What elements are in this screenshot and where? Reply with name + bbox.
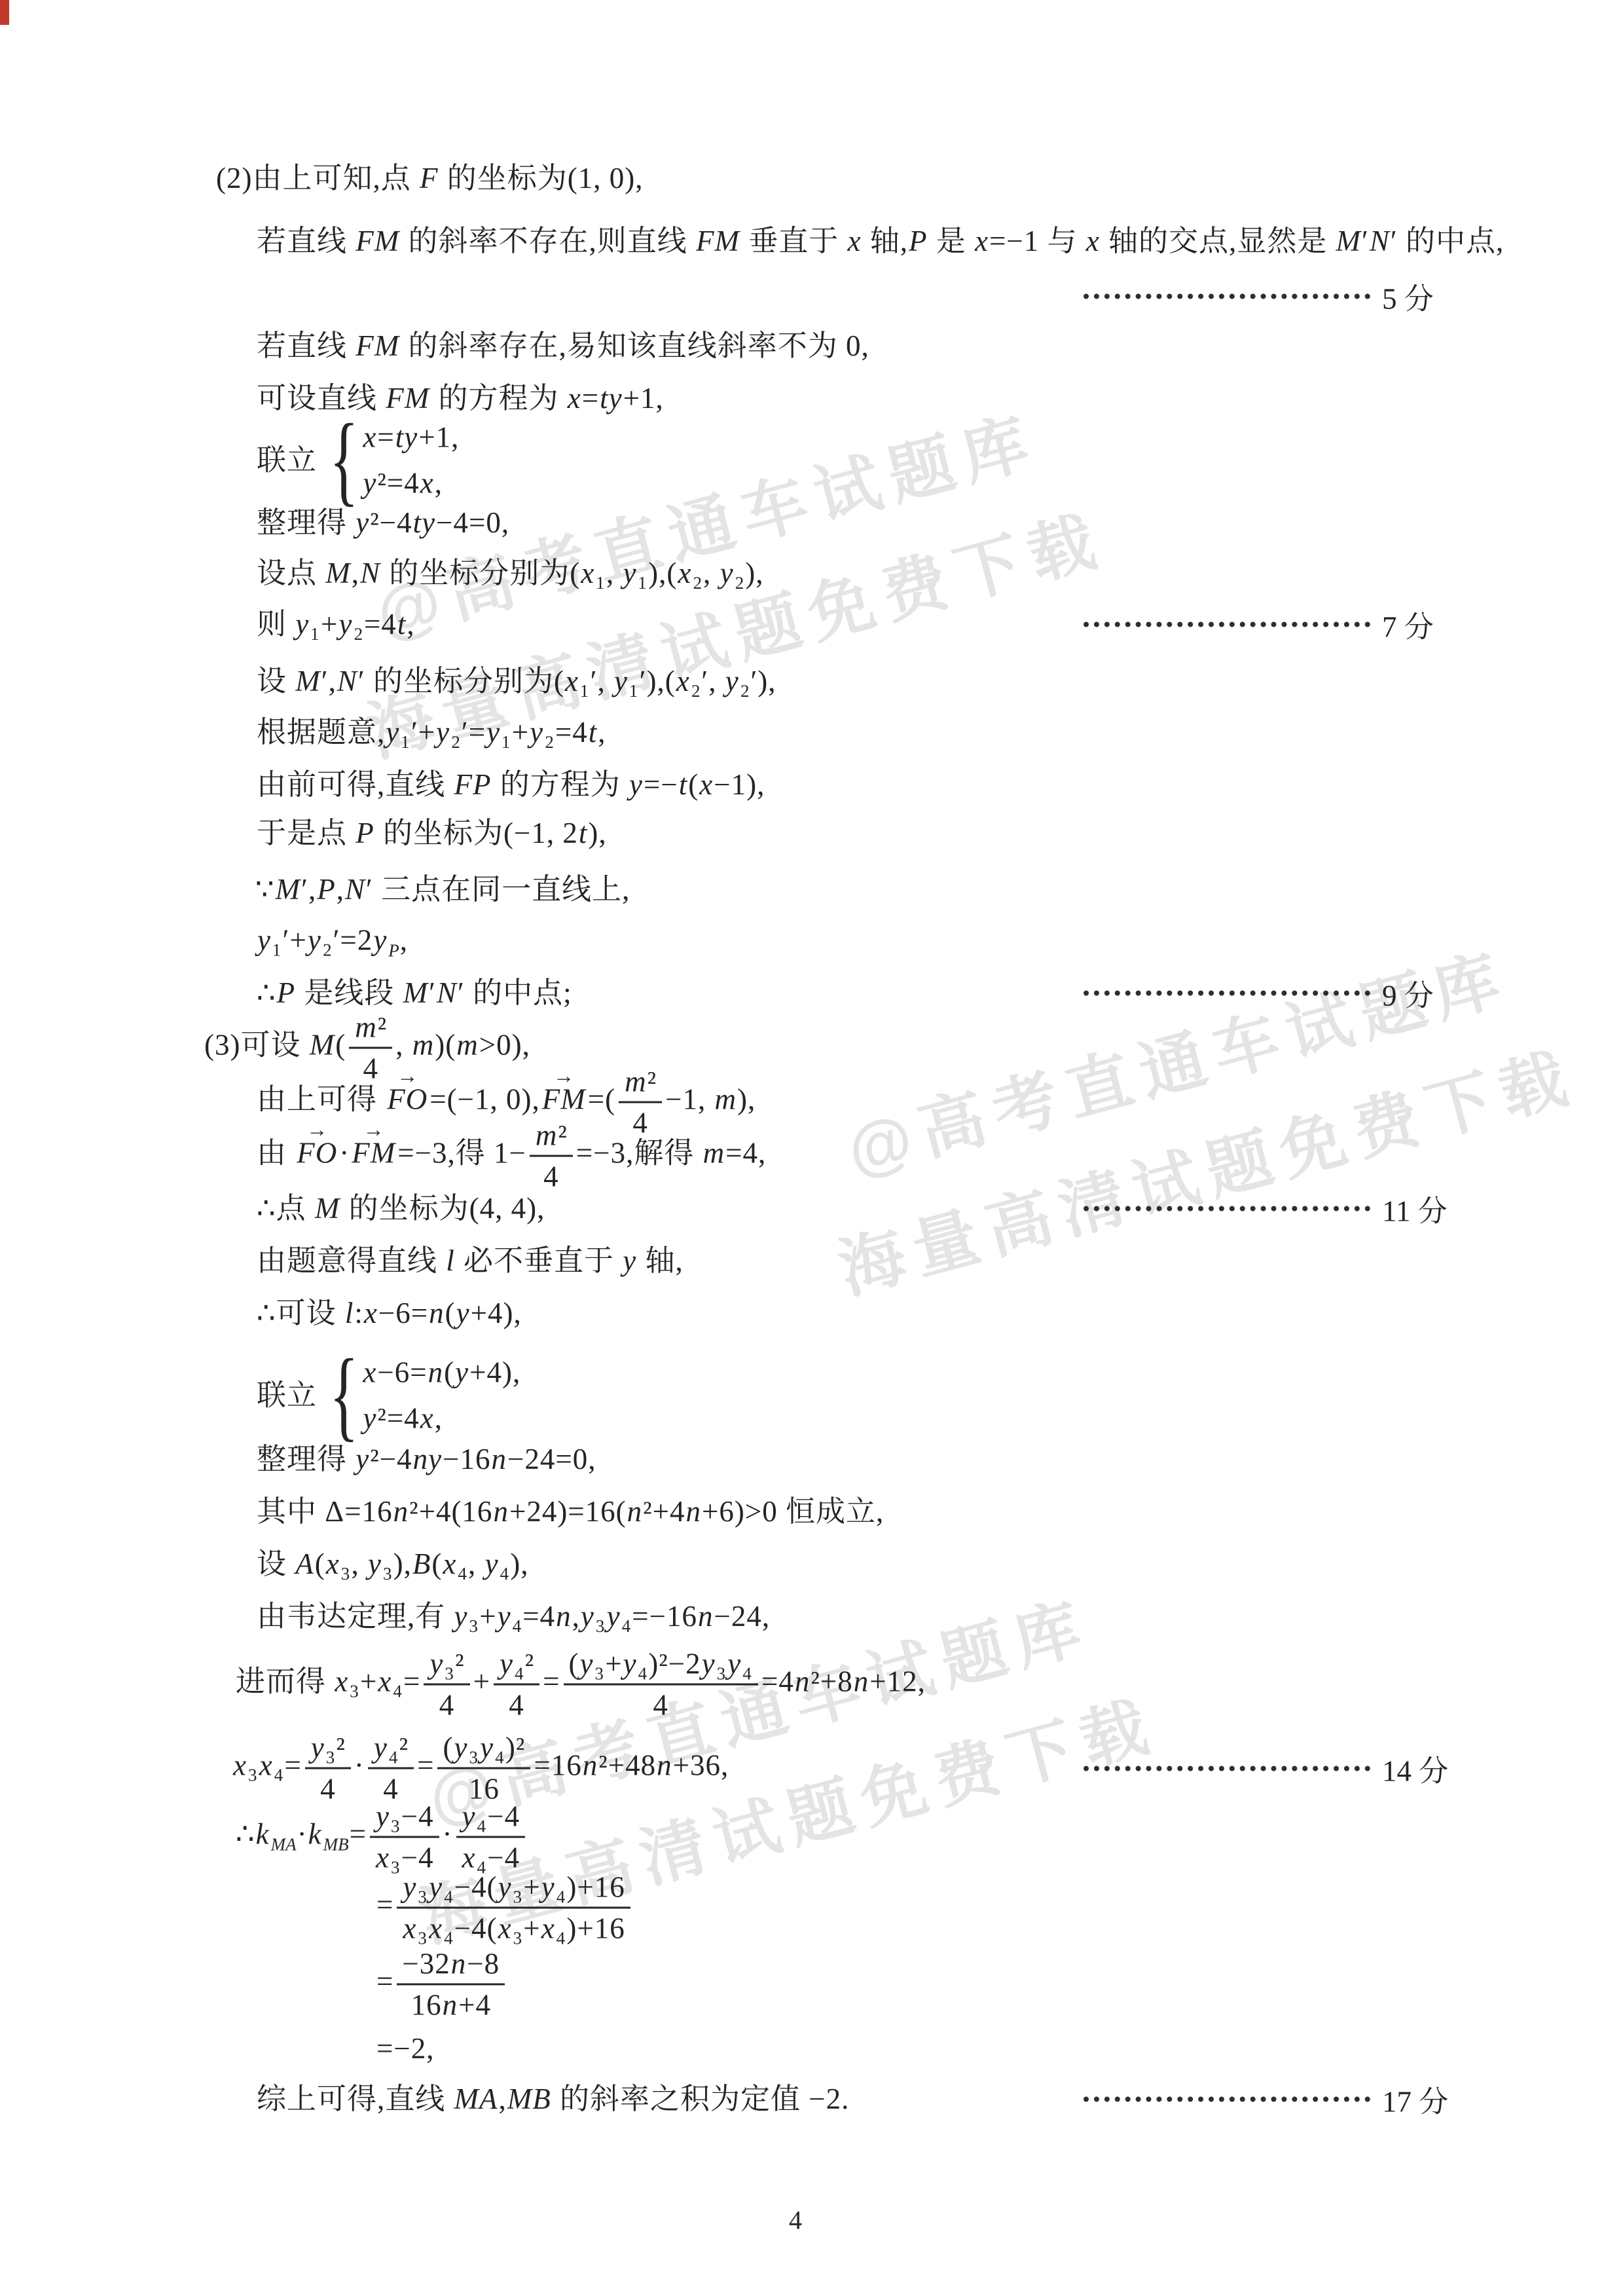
solution-line: 由前可得,直线 FP 的方程为 y=−t(x−1), [257,767,765,802]
score-mark: 9 分 [1084,972,1434,1014]
solution-line: 设点 M,N 的坐标分别为(x₁, y₁),(x₂, y₂), [257,555,763,591]
fraction: y₄²4 [494,1646,539,1723]
solution-line: =−32n−816n+4 [376,1946,508,2023]
fraction: y₄²4 [368,1730,414,1807]
solution-line: 由题意得直线 l 必不垂直于 y 轴, [257,1243,684,1278]
score-mark: 11 分 [1084,1187,1448,1230]
score-mark: 5 分 [1084,275,1434,318]
solution-line: 则 y₁+y₂=4t, [257,606,415,642]
score-label: 9 分 [1382,972,1434,1014]
dotted-leader [1084,293,1370,299]
score-label: 7 分 [1382,603,1434,646]
dotted-leader [1084,621,1370,627]
fraction: −32n−816n+4 [397,1946,505,2023]
solution-line: 由韦达定理,有 y₃+y₄=4n,y₃y₄=−16n−24, [257,1599,770,1634]
solution-line: 其中 Δ=16n²+4(16n+24)=16(n²+4n+6)>0 恒成立, [257,1494,884,1529]
score-label: 5 分 [1382,275,1434,318]
score-mark: 14 分 [1084,1747,1448,1790]
fraction: (y₃y₄)²16 [437,1730,530,1807]
score-label: 11 分 [1382,1187,1448,1230]
solution-line: =−2, [376,2031,435,2066]
vector-arrow: FO [386,1081,428,1117]
solution-line: 若直线 FM 的斜率存在,易知该直线斜率不为 0, [257,328,869,363]
solution-line: x₃x₄=y₃²4·y₄²4=(y₃y₄)²16=16n²+48n+36, [232,1730,729,1807]
solution-line: 由 FO·FM=−3,得 1−m²4=−3,解得 m=4, [257,1118,766,1194]
vector-arrow: FM [351,1135,396,1170]
solution-line: 于是点 P 的坐标为(−1, 2t), [257,815,607,851]
fraction: (y₃+y₄)²−2y₃y₄4 [564,1646,758,1723]
dotted-leader [1084,1206,1370,1211]
solution-line: ∴可设 l:x−6=n(y+4), [257,1295,522,1331]
watermark-line: @高考直通车试题库 [798,915,1556,1202]
dotted-leader [1084,1766,1370,1771]
scanned-answer-page: @高考直通车试题库海量高清试题免费下载@高考直通车试题库海量高清试题免费下载@高… [0,0,1623,2296]
solution-line: 综上可得,直线 MA,MB 的斜率之积为定值 −2. [257,2081,849,2117]
system-brace: { [329,411,359,508]
solution-line: ∴kMA·kMB=y₃−4x₃−4·y₄−4x₄−4 [236,1799,528,1876]
solution-line: 根据题意,y₁′+y₂′=y₁+y₂=4t, [257,714,606,750]
solution-line: y₁′+y₂′=2yP, [257,922,408,961]
fraction: y₃²4 [424,1646,469,1723]
solution-line: ∴点 M 的坐标为(4, 4), [257,1191,545,1226]
fraction: m²4 [530,1118,573,1194]
fraction: y₃y₄−4(y₃+y₄)+16x₃x₄−4(x₃+x₄)+16 [397,1870,630,1946]
fraction: y₄−4x₄−4 [456,1799,526,1876]
solution-line: 可设直线 FM 的方程为 x=ty+1, [257,380,664,416]
system-brace: { [329,1346,359,1443]
solution-line: 整理得 y²−4ty−4=0, [257,505,509,540]
solution-line: ∵M′,P,N′ 三点在同一直线上, [255,872,630,907]
score-mark: 7 分 [1084,603,1434,646]
watermark-line: 海量高清试题免费下载 [827,1024,1585,1311]
solution-line: 若直线 FM 的斜率不存在,则直线 FM 垂直于 x 轴,P 是 x=−1 与 … [257,223,1504,259]
page-number: 4 [789,2205,802,2236]
score-mark: 17 分 [1084,2078,1448,2120]
score-label: 17 分 [1382,2078,1448,2120]
solution-line: =y₃y₄−4(y₃+y₄)+16x₃x₄−4(x₃+x₄)+16 [376,1870,634,1946]
vector-arrow: FM [541,1081,587,1117]
fraction: y₃²4 [305,1730,351,1807]
solution-line: ∴P 是线段 M′N′ 的中点; [257,975,572,1010]
fraction: y₃−4x₃−4 [370,1799,439,1876]
solution-line: 设 A(x₃, y₃),B(x₄, y₄), [257,1546,528,1582]
solution-line: 设 M′,N′ 的坐标分别为(x₁′, y₁′),(x₂′, y₂′), [257,663,776,699]
dotted-leader [1084,990,1370,995]
solution-line: 进而得 x₃+x₄=y₃²4+y₄²4=(y₃+y₄)²−2y₃y₄4=4n²+… [236,1646,926,1723]
solution-line: (2)由上可知,点 F 的坐标为(1, 0), [216,160,643,196]
scan-edge-artifact [0,0,9,25]
solution-line: 联立{x−6=n(y+4),y²=4x, [257,1346,520,1443]
solution-line: 整理得 y²−4ny−16n−24=0, [257,1441,596,1477]
score-label: 14 分 [1382,1747,1448,1790]
solution-line: 联立{x=ty+1,y²=4x, [257,411,459,508]
dotted-leader [1084,2096,1370,2102]
vector-arrow: FO [296,1135,338,1170]
